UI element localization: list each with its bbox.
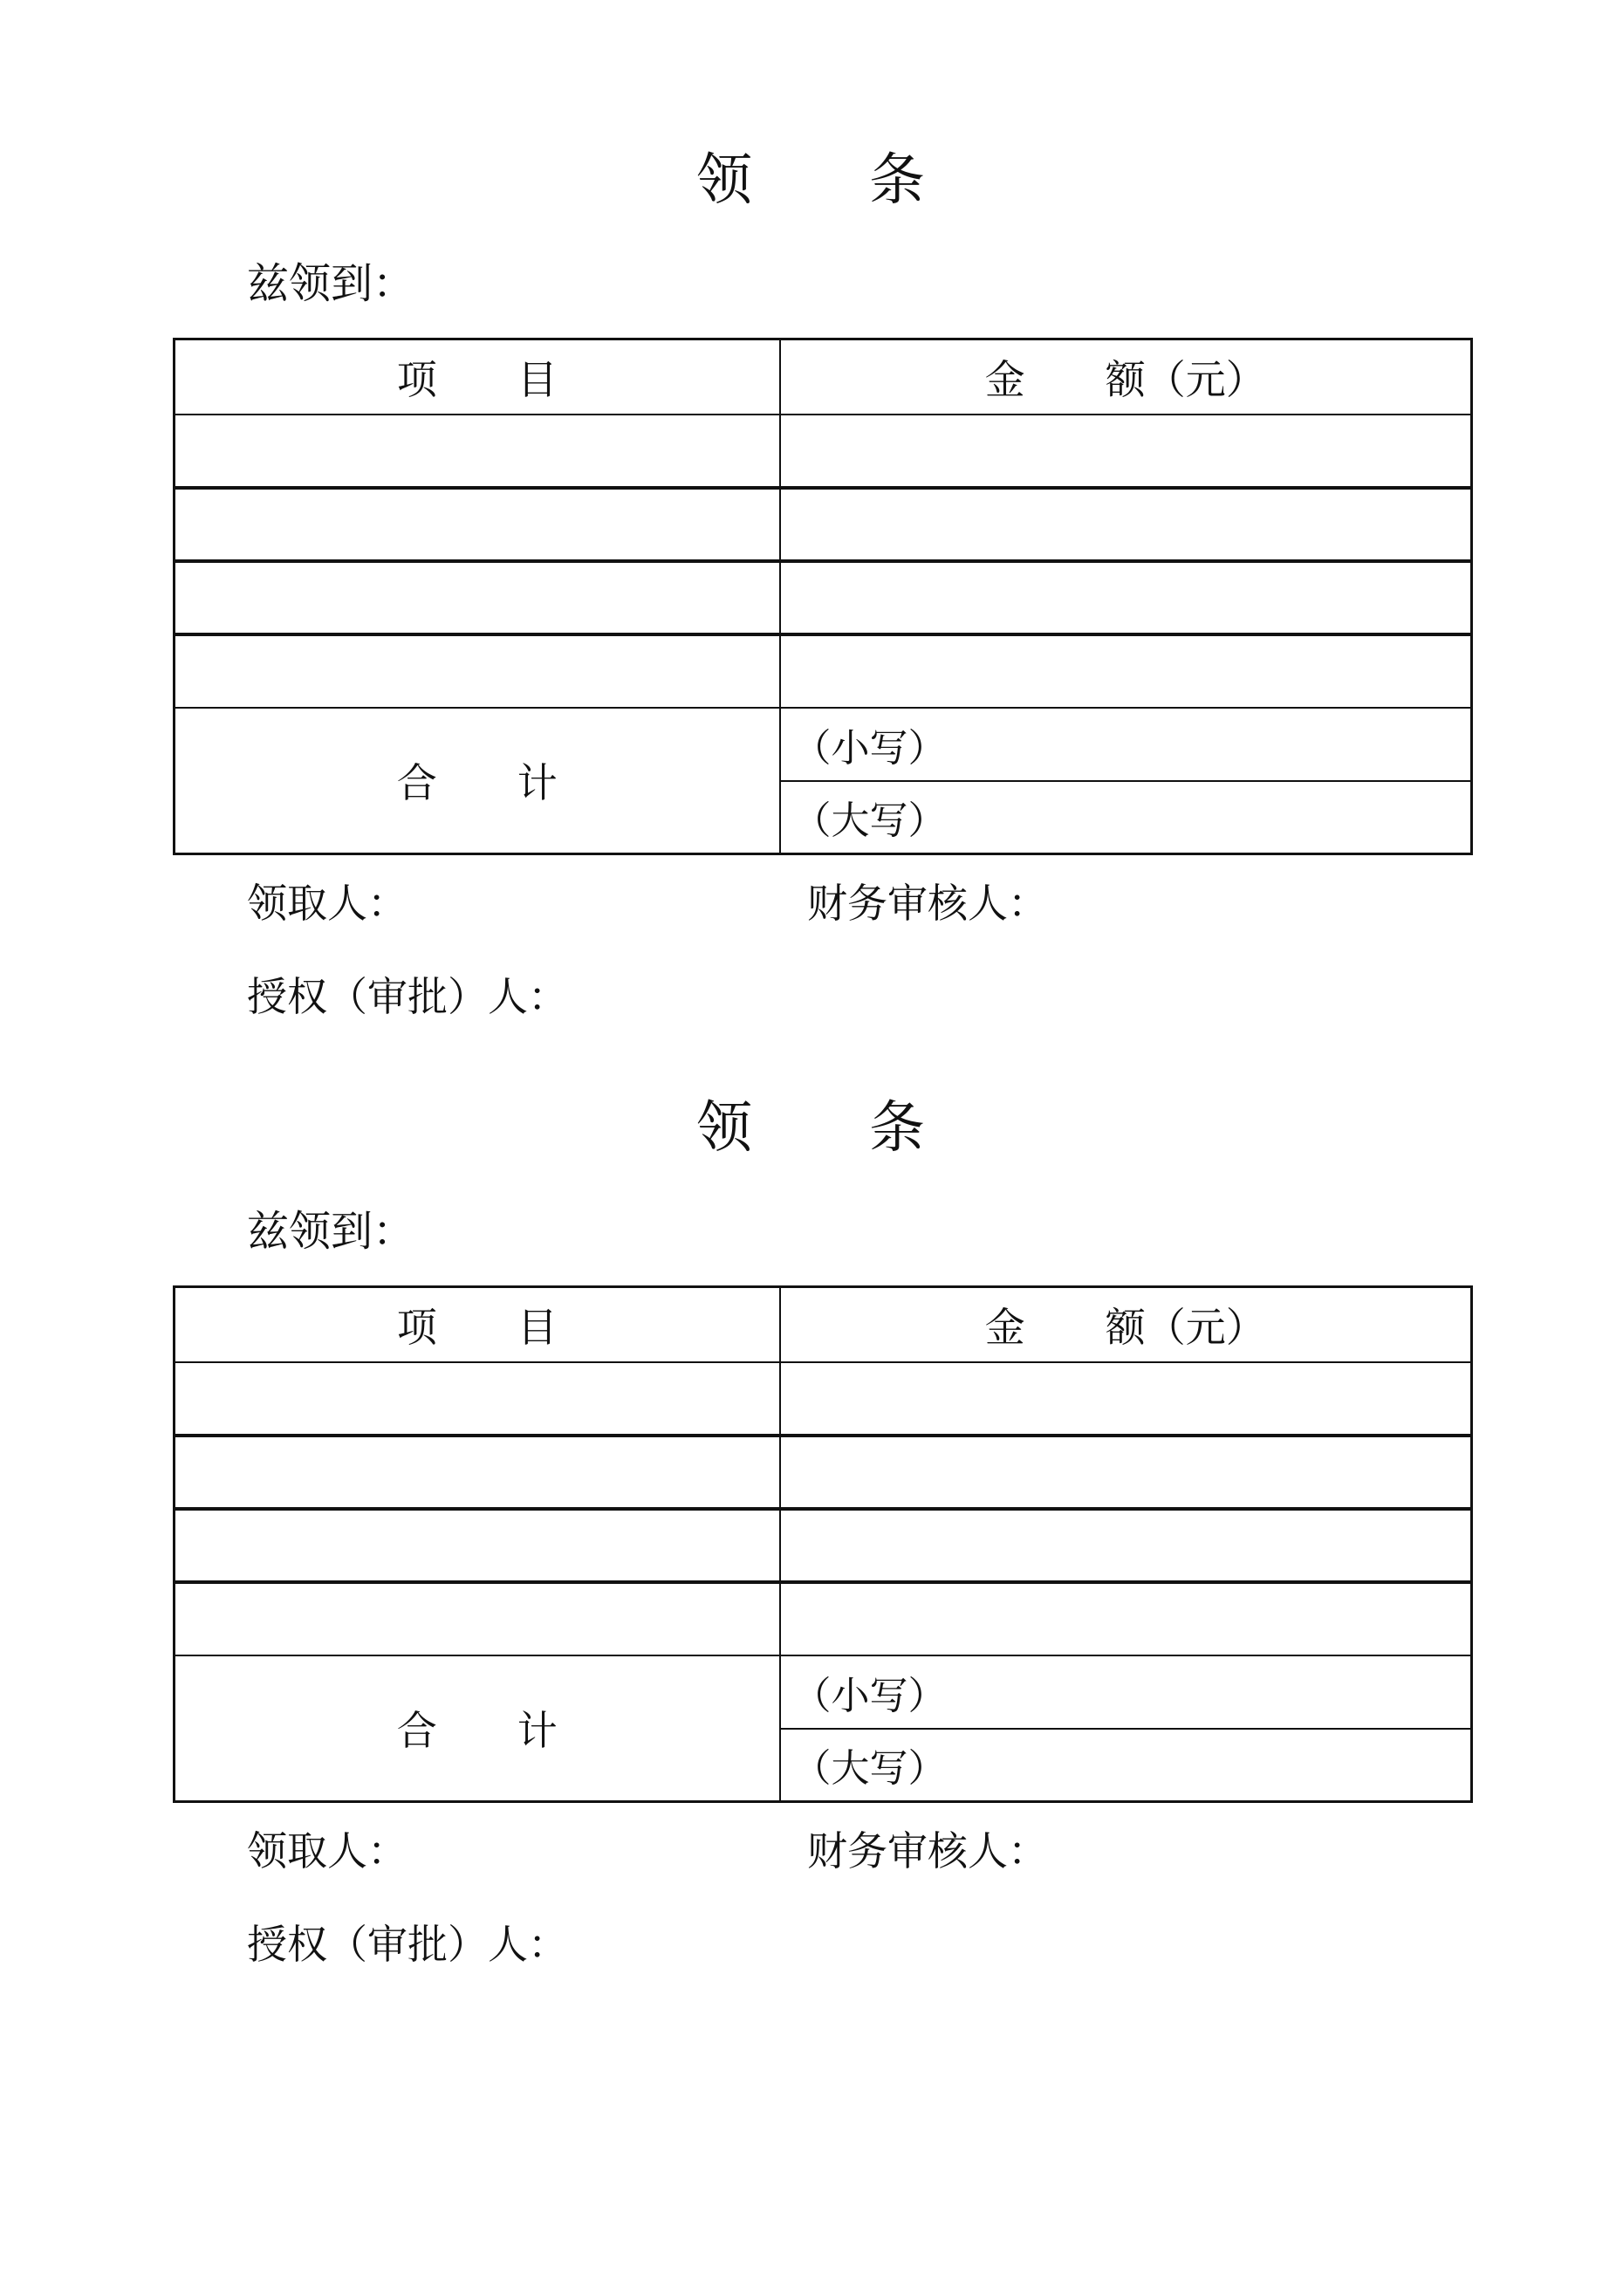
item-cell-empty[interactable]	[175, 1509, 780, 1582]
total-label-cell: 合 计	[175, 1655, 780, 1802]
amount-cell-empty[interactable]	[780, 1582, 1472, 1655]
amount-cell-empty[interactable]	[780, 634, 1472, 708]
table-row	[175, 1436, 1472, 1509]
amount-cell-empty[interactable]	[780, 415, 1472, 488]
amount-cell-empty[interactable]	[780, 488, 1472, 561]
intro-label: 兹领到：	[247, 1208, 414, 1256]
amount-cell-empty[interactable]	[780, 561, 1472, 634]
item-cell-empty[interactable]	[175, 488, 780, 561]
table-row	[175, 415, 1472, 488]
amount-cell-empty[interactable]	[780, 1362, 1472, 1436]
item-cell-empty[interactable]	[175, 415, 780, 488]
recipient-label: 领取人：	[247, 1827, 407, 1875]
receipt-form-1: 领 条 兹领到： 项 目 金 额（元）	[0, 150, 1623, 1058]
authorizer-label: 授权（审批）人：	[247, 973, 568, 1021]
form-title: 领 条	[0, 1098, 1623, 1159]
total-row: 合 计 （小写）	[175, 708, 1472, 781]
receipt-form-2: 领 条 兹领到： 项 目 金 额（元）	[0, 1098, 1623, 2005]
table-row	[175, 488, 1472, 561]
amount-cell-empty[interactable]	[780, 1436, 1472, 1509]
recipient-label: 领取人：	[247, 880, 407, 928]
item-cell-empty[interactable]	[175, 561, 780, 634]
total-label-cell: 合 计	[175, 708, 780, 854]
table-row	[175, 1582, 1472, 1655]
header-amount-cell: 金 额（元）	[780, 1287, 1472, 1362]
table-row	[175, 1362, 1472, 1436]
header-item-cell: 项 目	[175, 339, 780, 415]
table-row	[175, 561, 1472, 634]
form-title: 领 条	[0, 150, 1623, 211]
table-header-row: 项 目 金 额（元）	[175, 339, 1472, 415]
amount-words-cell[interactable]: （大写）	[780, 781, 1472, 854]
amount-numeric-cell[interactable]: （小写）	[780, 1655, 1472, 1729]
header-amount-cell: 金 额（元）	[780, 339, 1472, 415]
total-row: 合 计 （小写）	[175, 1655, 1472, 1729]
table-row	[175, 1509, 1472, 1582]
amount-cell-empty[interactable]	[780, 1509, 1472, 1582]
item-cell-empty[interactable]	[175, 1582, 780, 1655]
finance-reviewer-label: 财务审核人：	[807, 1827, 1048, 1875]
amount-numeric-cell[interactable]: （小写）	[780, 708, 1472, 781]
amount-words-cell[interactable]: （大写）	[780, 1729, 1472, 1802]
table-row	[175, 634, 1472, 708]
receipt-table: 项 目 金 额（元）	[173, 1285, 1473, 1803]
item-cell-empty[interactable]	[175, 634, 780, 708]
intro-label: 兹领到：	[247, 260, 414, 308]
receipt-table: 项 目 金 额（元）	[173, 338, 1473, 855]
table-header-row: 项 目 金 额（元）	[175, 1287, 1472, 1362]
authorizer-label: 授权（审批）人：	[247, 1921, 568, 1969]
item-cell-empty[interactable]	[175, 1362, 780, 1436]
document-page: 领 条 兹领到： 项 目 金 额（元）	[0, 0, 1623, 2296]
header-item-cell: 项 目	[175, 1287, 780, 1362]
item-cell-empty[interactable]	[175, 1436, 780, 1509]
finance-reviewer-label: 财务审核人：	[807, 880, 1048, 928]
